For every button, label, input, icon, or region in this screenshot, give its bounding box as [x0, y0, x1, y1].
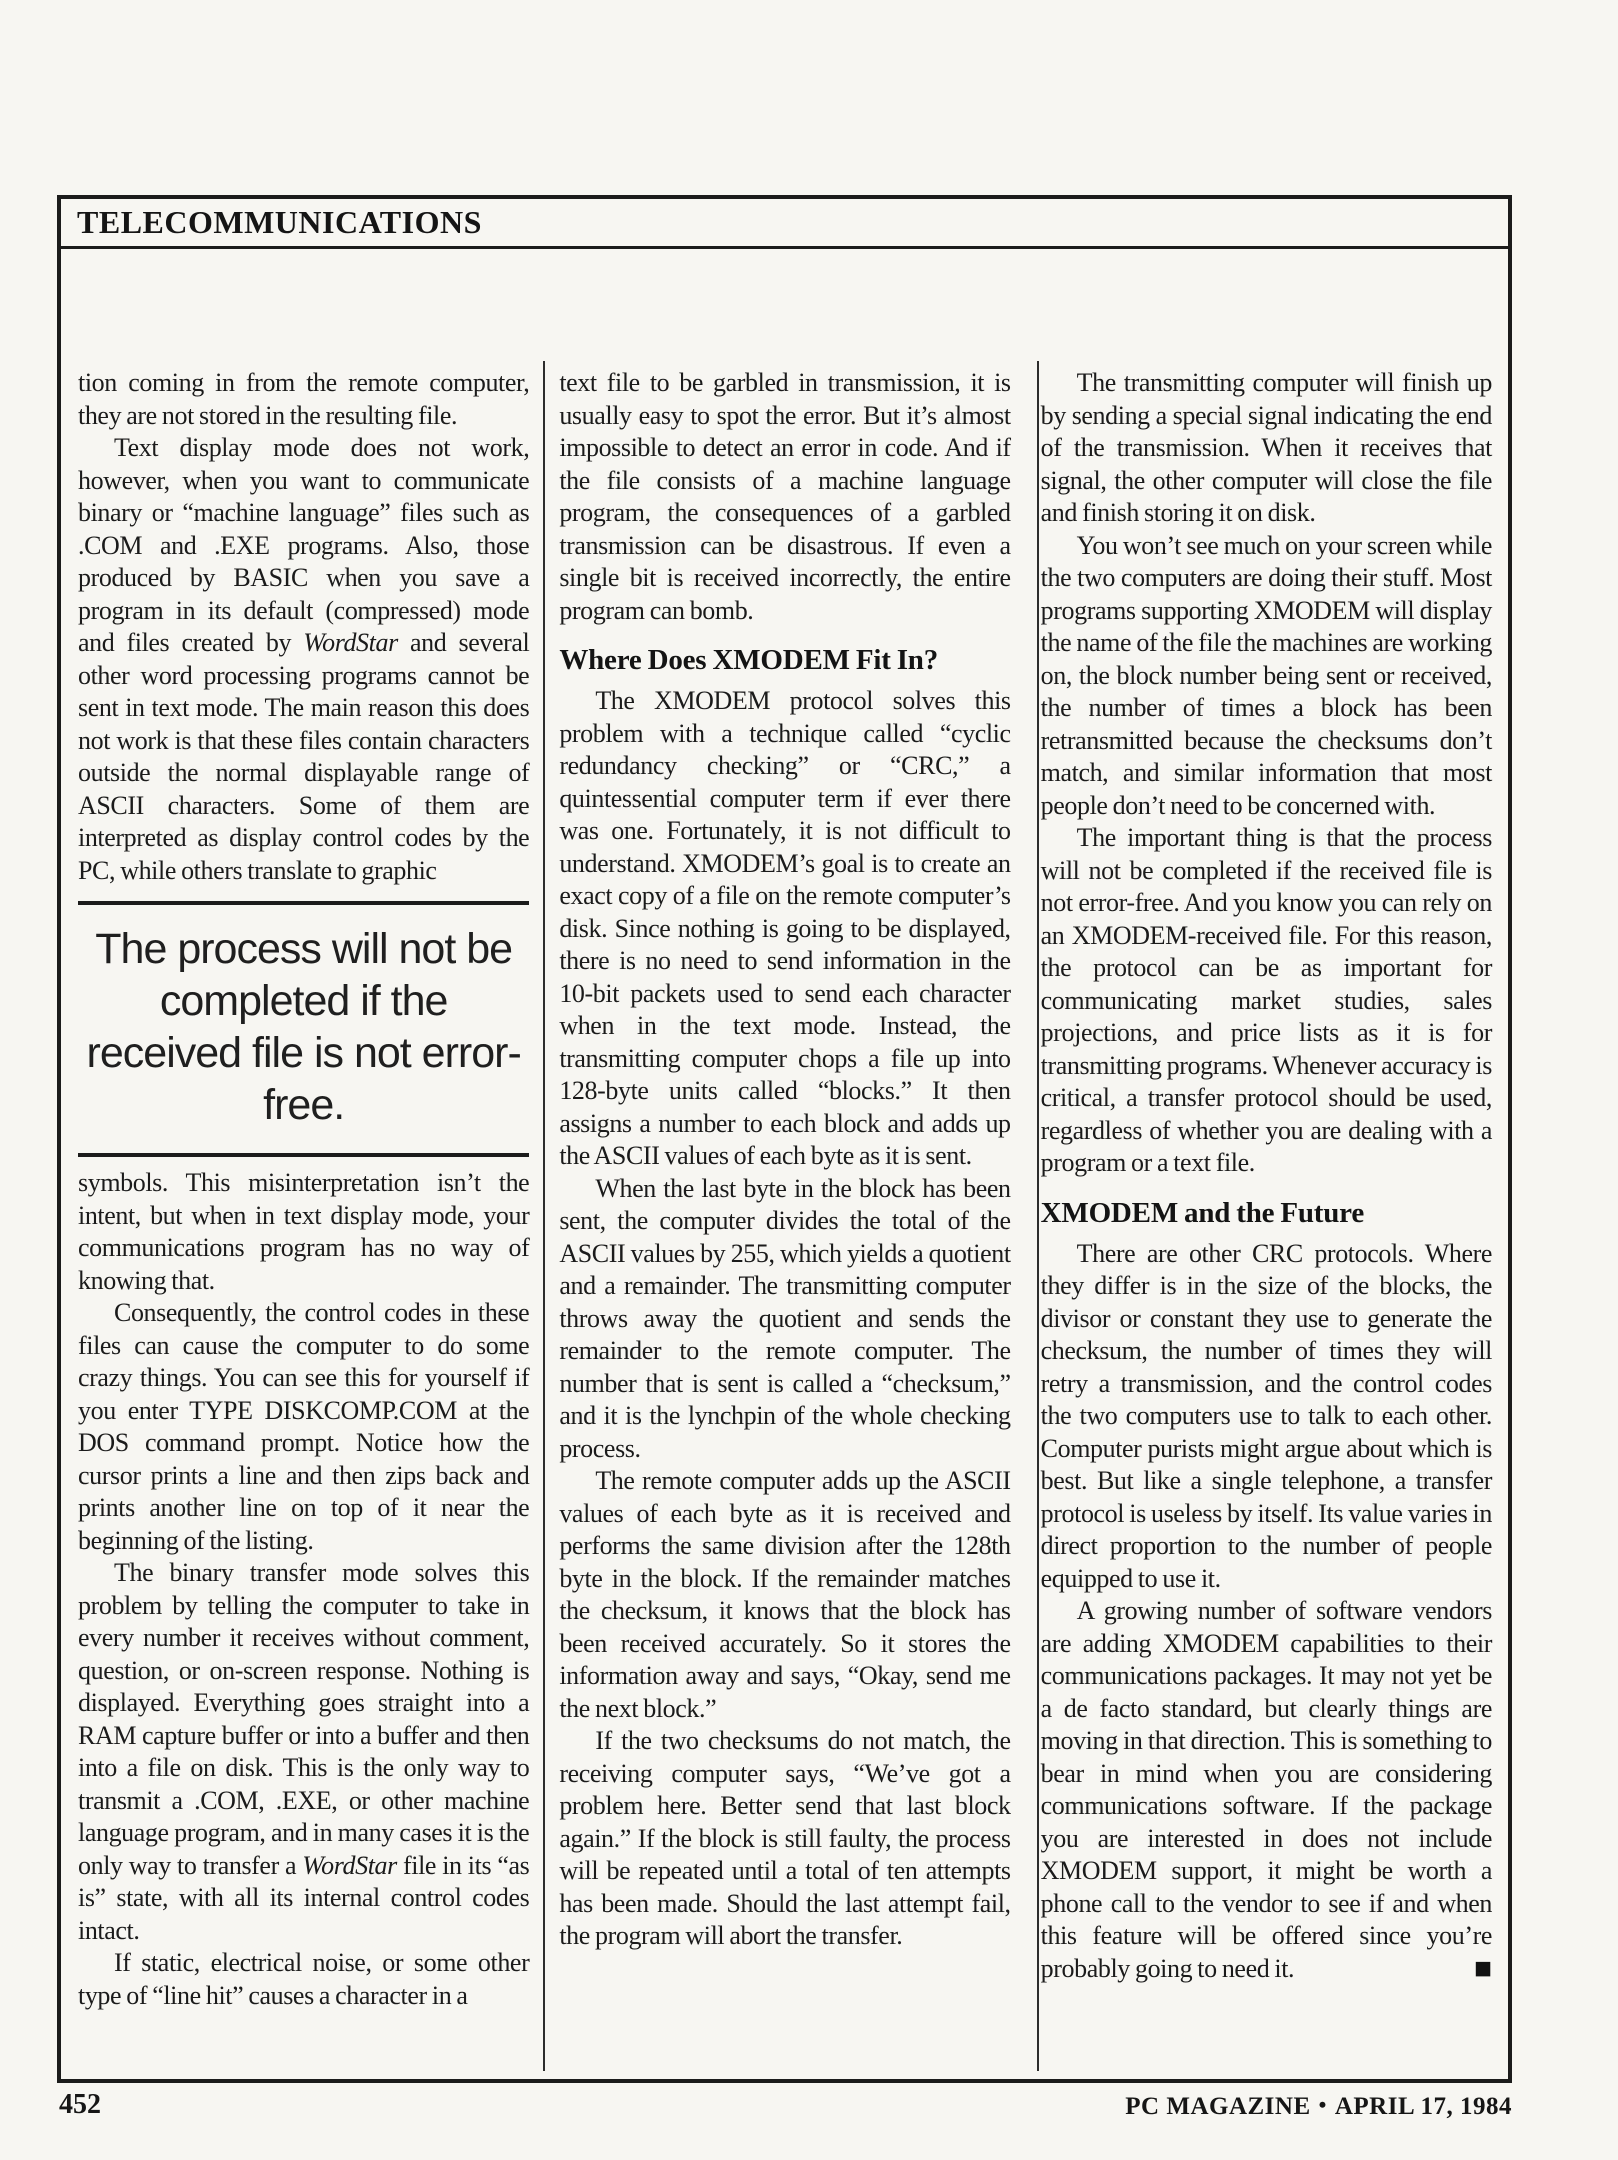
section-masthead: TELECOMMUNICATIONS [61, 199, 1508, 249]
article-paragraph: A growing number of software vendors are… [1041, 1595, 1492, 1985]
body-text: A growing number of software vendors are… [1041, 1596, 1492, 1983]
section-heading: Where Does XMODEM Fit In? [559, 643, 1010, 677]
footer-date: APRIL 17, 1984 [1335, 2093, 1512, 2120]
italic-text: WordStar [302, 1851, 397, 1880]
article-paragraph: The transmitting computer will finish up… [1041, 367, 1492, 530]
section-heading: XMODEM and the Future [1041, 1196, 1492, 1230]
article-paragraph: There are other CRC protocols. Where the… [1041, 1238, 1492, 1596]
masthead-title: TELECOMMUNICATIONS [77, 204, 482, 241]
footer-bullet-icon: • [1311, 2092, 1335, 2118]
footer-folio: PC MAGAZINE•APRIL 17, 1984 [1125, 2092, 1512, 2121]
article-paragraph: You won’t see much on your screen while … [1041, 530, 1492, 823]
article-paragraph: The binary transfer mode solves this pro… [78, 1557, 529, 1947]
body-text: When the last byte in the block has been… [559, 1174, 1010, 1463]
body-text: The transmitting computer will finish up… [1041, 368, 1492, 527]
article-border-box: TELECOMMUNICATIONS tion coming in from t… [57, 195, 1512, 2083]
column-1: tion coming in from the remote computer,… [78, 367, 529, 2069]
footer-magazine-name: PC MAGAZINE [1125, 2093, 1310, 2120]
body-text: Consequently, the control codes in these… [78, 1298, 529, 1555]
pull-quote: The process will not be completed if the… [78, 901, 529, 1157]
column-3: The transmitting computer will finish up… [1041, 367, 1492, 2069]
body-text: text file to be garbled in transmission,… [559, 368, 1010, 625]
article-paragraph: Text display mode does not work, however… [78, 432, 529, 887]
article-paragraph: If the two checksums do not match, the r… [559, 1725, 1010, 1953]
column-divider-rule [543, 361, 545, 2071]
article-paragraph: If static, electrical noise, or some oth… [78, 1947, 529, 2012]
page-number: 452 [59, 2089, 101, 2121]
magazine-page: TELECOMMUNICATIONS tion coming in from t… [0, 0, 1618, 2160]
article-paragraph: Consequently, the control codes in these… [78, 1297, 529, 1557]
article-paragraph: text file to be garbled in transmission,… [559, 367, 1010, 627]
column-2: text file to be garbled in transmission,… [559, 367, 1010, 2069]
body-text: The binary transfer mode solves this pro… [78, 1558, 529, 1880]
end-of-article-mark: ■ [1438, 1953, 1492, 1985]
body-text: and several other word processing progra… [78, 628, 529, 885]
column-divider-rule [1037, 361, 1039, 2071]
article-paragraph: The remote computer adds up the ASCII va… [559, 1465, 1010, 1725]
article-paragraph: tion coming in from the remote computer,… [78, 367, 529, 432]
body-text: The important thing is that the process … [1041, 823, 1492, 1177]
body-text: symbols. This misinterpretation isn’t th… [78, 1168, 529, 1295]
body-text: You won’t see much on your screen while … [1041, 531, 1492, 820]
italic-text: WordStar [303, 628, 398, 657]
body-text: The XMODEM protocol solves this problem … [559, 686, 1010, 1170]
body-text: tion coming in from the remote computer,… [78, 368, 529, 430]
article-paragraph: When the last byte in the block has been… [559, 1173, 1010, 1466]
body-text: There are other CRC protocols. Where the… [1041, 1239, 1492, 1593]
body-text: If static, electrical noise, or some oth… [78, 1948, 529, 2010]
article-columns: tion coming in from the remote computer,… [61, 249, 1508, 2079]
body-text: If the two checksums do not match, the r… [559, 1726, 1010, 1950]
body-text: Text display mode does not work, however… [78, 433, 529, 657]
article-paragraph: The important thing is that the process … [1041, 822, 1492, 1180]
body-text: The remote computer adds up the ASCII va… [559, 1466, 1010, 1723]
article-paragraph: The XMODEM protocol solves this problem … [559, 685, 1010, 1173]
article-paragraph: symbols. This misinterpretation isn’t th… [78, 1167, 529, 1297]
